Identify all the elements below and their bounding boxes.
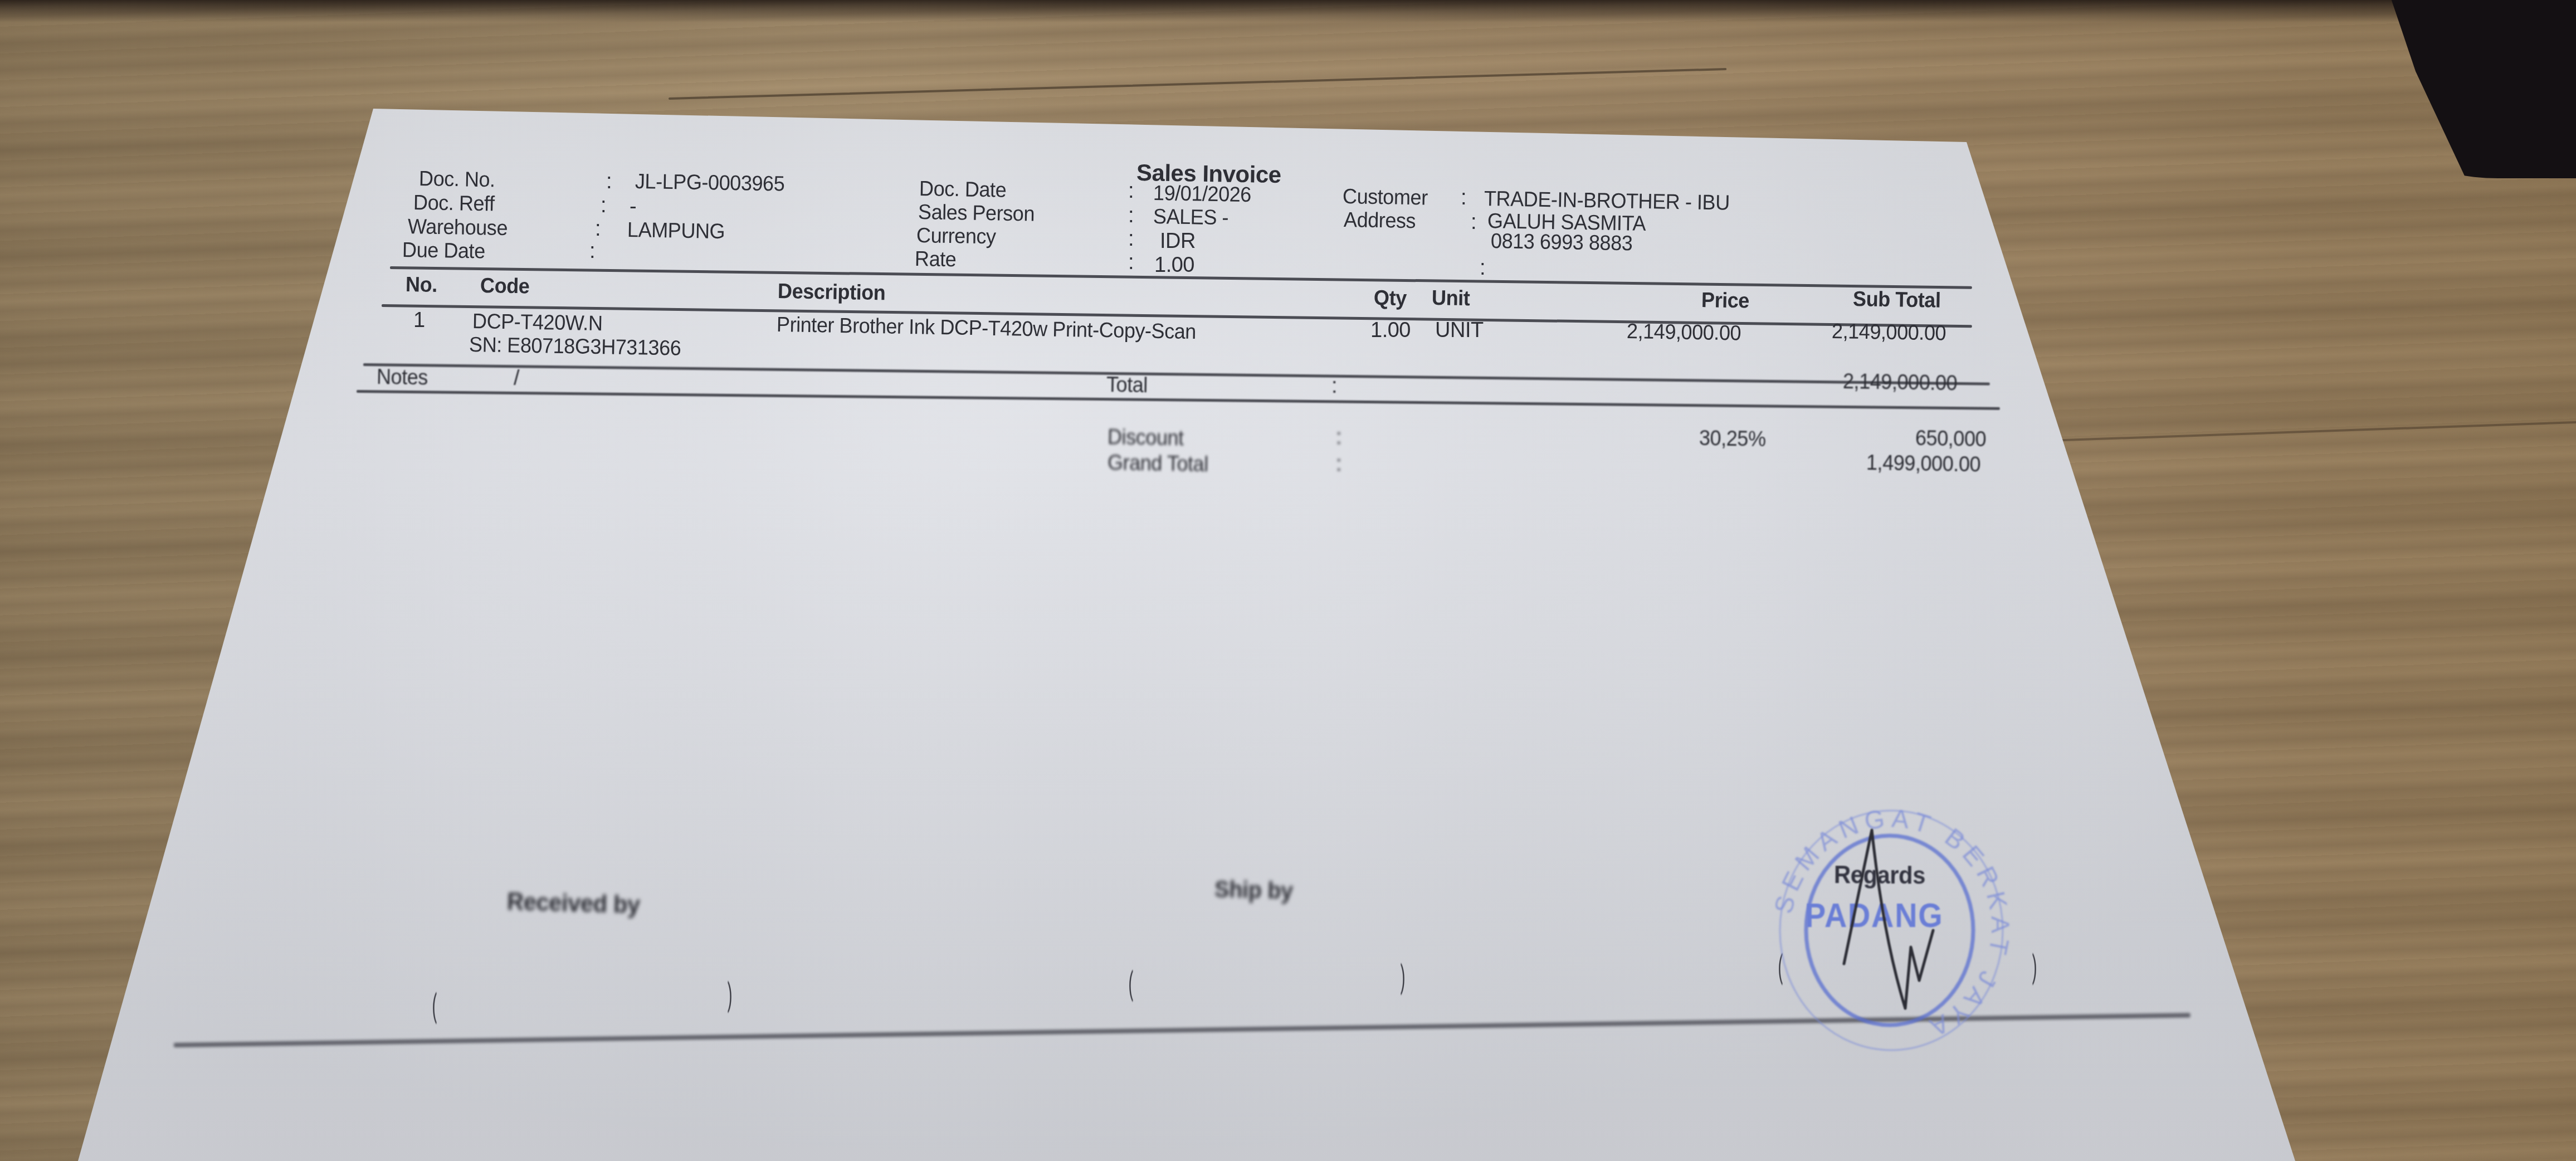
col-description: Description [778,280,886,305]
doc-no-label: Doc. No. [419,167,495,192]
warehouse-separator: : [595,217,601,241]
ship-by-paren-right: ) [1400,957,1405,996]
row-price: 2,149,000.00 [1627,320,1741,346]
discount-value: 650,000 [1915,427,1987,452]
col-no: No. [406,273,437,297]
desk-grain [669,68,1726,100]
rate-label: Rate [915,247,957,272]
customer-label: Customer [1343,185,1428,211]
rate-value: 1.00 [1154,253,1194,277]
row-qty: 1.00 [1370,319,1411,343]
discount-separator: : [1336,426,1341,450]
doc-reff-label: Doc. Reff [413,191,495,217]
notes-value: / [514,367,519,391]
grand-total-label: Grand Total [1108,451,1208,477]
due-date-label: Due Date [402,238,485,264]
grand-total-separator: : [1336,452,1341,476]
doc-no-value: JL-LPG-0003965 [635,170,785,197]
received-by-label: Received by [506,888,640,919]
address-line2: 0813 6993 8883 [1491,230,1633,256]
col-price: Price [1701,289,1750,313]
received-by-paren-left: ( [432,986,437,1025]
col-subtotal: Sub Total [1853,287,1941,313]
dark-object-corner [2375,0,2576,178]
address-separator: : [1471,211,1476,235]
sales-person-label: Sales Person [918,201,1035,227]
warehouse-label: Warehouse [408,215,508,241]
doc-date-value: 19/01/2026 [1153,182,1252,207]
doc-reff-separator: : [601,194,606,218]
currency-value: IDR [1160,230,1196,253]
address-label: Address [1344,208,1416,233]
row-serial: SN: E80718G3H731366 [469,333,681,361]
doc-date-label: Doc. Date [919,177,1007,203]
ship-by-label: Ship by [1214,876,1293,905]
col-code: Code [480,274,530,299]
col-qty: Qty [1374,286,1407,311]
row-no: 1 [413,309,425,333]
customer-separator: : [1461,186,1466,210]
background-shadow [0,0,2576,22]
col-unit: Unit [1432,286,1470,311]
ship-by-paren-left: ( [1128,964,1133,1002]
doc-date-separator: : [1128,179,1134,203]
row-subtotal: 2,149,000.00 [1832,320,1946,346]
total-label: Total [1106,373,1148,398]
grand-total-value: 1,499,000.00 [1866,451,1981,477]
invoice-paper [0,0,2576,1161]
doc-no-separator: : [606,170,612,194]
currency-label: Currency [916,224,996,249]
total-separator: : [1331,374,1337,398]
signature-scribble-icon [1822,825,1967,1036]
sales-person-value: SALES - [1153,205,1229,230]
due-date-separator: : [589,240,595,264]
doc-reff-value: - [630,195,636,219]
sales-person-separator: : [1128,204,1134,228]
desk-grain [2033,421,2576,442]
received-by-paren-right: ) [727,975,732,1013]
warehouse-value: LAMPUNG [627,218,725,244]
address-separator-empty: : [1480,256,1485,280]
discount-percent: 30,25% [1699,427,1766,452]
regards-paren-right: ) [2032,947,2037,986]
currency-separator: : [1128,227,1134,251]
row-code: DCP-T420W.N [472,310,603,336]
discount-label: Discount [1108,426,1184,451]
row-unit: UNIT [1435,319,1484,343]
rate-separator: : [1128,251,1134,275]
total-value: 2,149,000.00 [1843,370,1958,396]
notes-label: Notes [377,365,428,391]
